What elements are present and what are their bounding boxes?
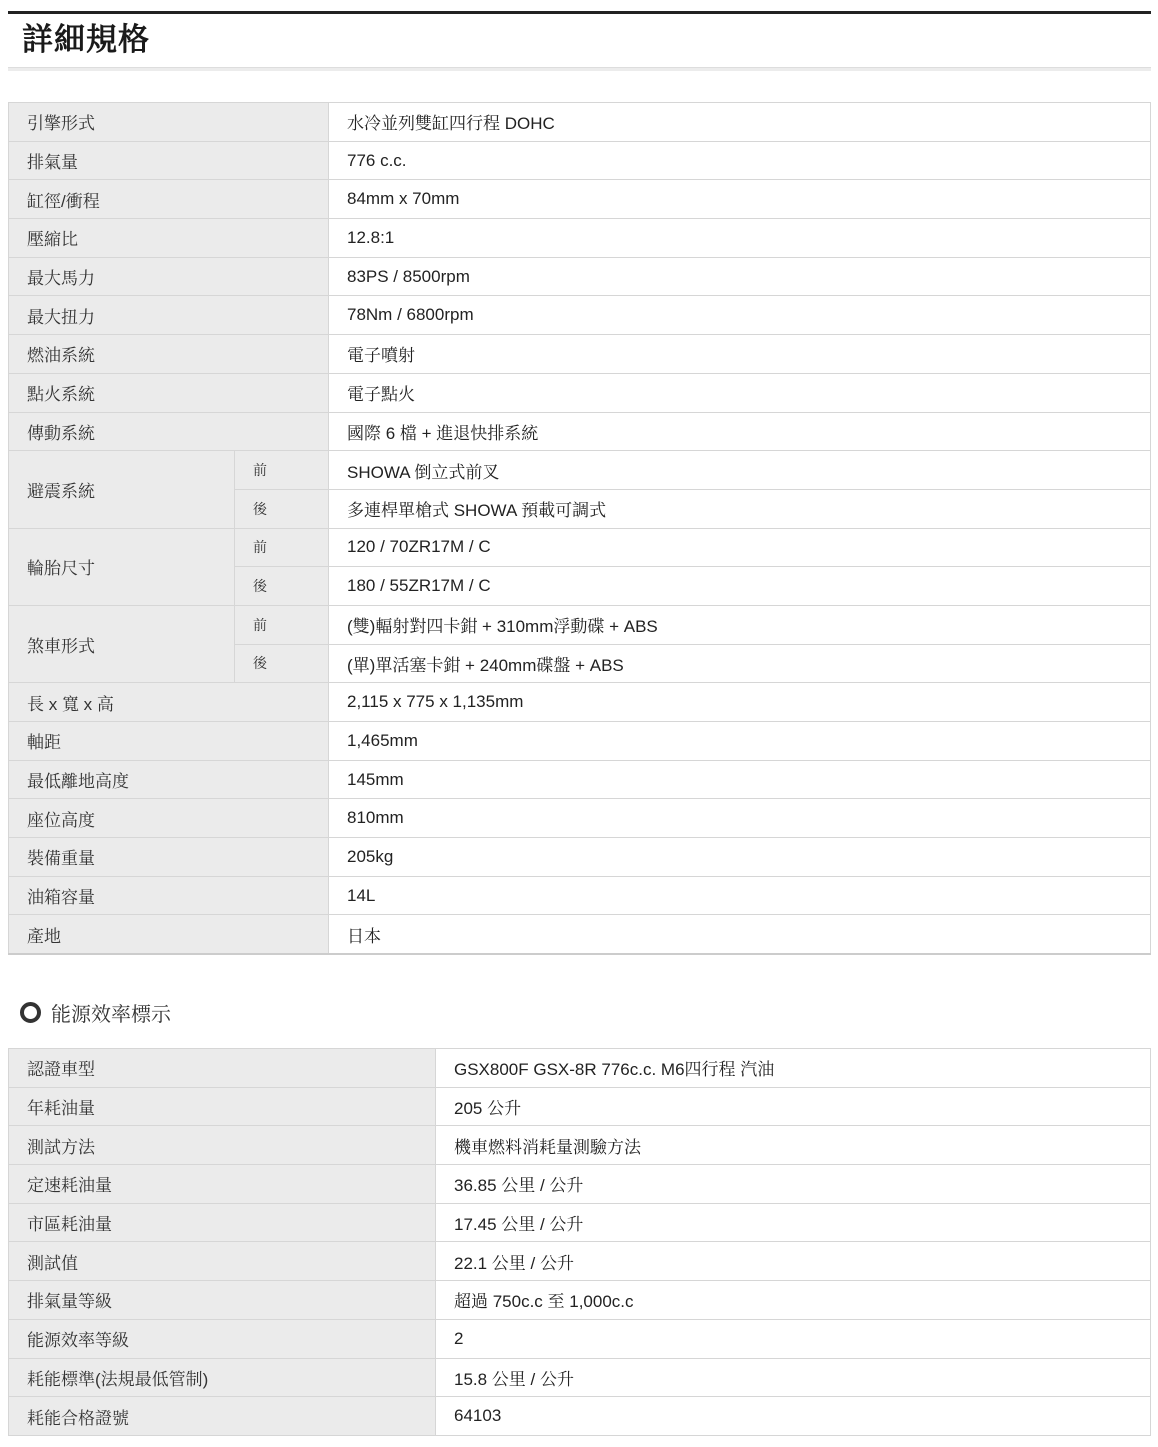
spec-label: 座位高度 <box>9 799 329 838</box>
spec-group-label: 煞車形式 <box>9 605 235 682</box>
energy-value: 36.85 公里 / 公升 <box>436 1165 1151 1204</box>
spec-label: 軸距 <box>9 722 329 761</box>
table-row: 缸徑/衝程84mm x 70mm <box>9 180 1151 219</box>
title-divider <box>8 67 1151 71</box>
energy-value: 64103 <box>436 1397 1151 1436</box>
spec-value: 84mm x 70mm <box>329 180 1151 219</box>
table-row: 點火系統電子點火 <box>9 373 1151 412</box>
spec-value: 電子點火 <box>329 373 1151 412</box>
spec-label: 最大扭力 <box>9 296 329 335</box>
table-row: 壓縮比12.8:1 <box>9 219 1151 258</box>
energy-label: 排氣量等級 <box>9 1281 436 1320</box>
spec-value: 810mm <box>329 799 1151 838</box>
energy-value: GSX800F GSX-8R 776c.c. M6四行程 汽油 <box>436 1049 1151 1088</box>
spec-label: 裝備重量 <box>9 838 329 877</box>
table-row: 最大扭力78Nm / 6800rpm <box>9 296 1151 335</box>
table-row: 軸距1,465mm <box>9 722 1151 761</box>
spec-value: 83PS / 8500rpm <box>329 257 1151 296</box>
table-row: 煞車形式前(雙)輻射對四卡鉗 + 310mm浮動碟 + ABS <box>9 605 1151 644</box>
table-row: 傳動系統國際 6 檔 + 進退快排系統 <box>9 412 1151 451</box>
spec-table: 引擎形式水冷並列雙缸四行程 DOHC 排氣量776 c.c. 缸徑/衝程84mm… <box>8 102 1151 955</box>
energy-value: 22.1 公里 / 公升 <box>436 1242 1151 1281</box>
spec-label: 最低離地高度 <box>9 760 329 799</box>
spec-value: 205kg <box>329 838 1151 877</box>
spec-value: 145mm <box>329 760 1151 799</box>
spec-value: (單)單活塞卡鉗 + 240mm碟盤 + ABS <box>329 644 1151 683</box>
spec-label: 產地 <box>9 915 329 954</box>
energy-label: 年耗油量 <box>9 1087 436 1126</box>
table-row: 裝備重量205kg <box>9 838 1151 877</box>
energy-label: 測試方法 <box>9 1126 436 1165</box>
spec-group-label: 避震系統 <box>9 451 235 528</box>
spec-value: 多連桿單槍式 SHOWA 預載可調式 <box>329 489 1151 528</box>
spec-label: 排氣量 <box>9 141 329 180</box>
table-row: 避震系統前SHOWA 倒立式前叉 <box>9 451 1151 490</box>
spec-label: 引擎形式 <box>9 103 329 142</box>
table-row: 油箱容量14L <box>9 876 1151 915</box>
spec-label: 長 x 寬 x 高 <box>9 683 329 722</box>
spec-value: 78Nm / 6800rpm <box>329 296 1151 335</box>
table-row: 輪胎尺寸前120 / 70ZR17M / C <box>9 528 1151 567</box>
table-row: 測試方法機車燃料消耗量測驗方法 <box>9 1126 1151 1165</box>
energy-value: 205 公升 <box>436 1087 1151 1126</box>
top-rule <box>8 11 1151 14</box>
front-label: 前 <box>235 605 329 644</box>
spec-value: 14L <box>329 876 1151 915</box>
spec-label: 燃油系統 <box>9 335 329 374</box>
page-title: 詳細規格 <box>22 20 150 60</box>
spec-value: 180 / 55ZR17M / C <box>329 567 1151 606</box>
spec-group-label: 輪胎尺寸 <box>9 528 235 605</box>
spec-label: 最大馬力 <box>9 257 329 296</box>
spec-value: 水冷並列雙缸四行程 DOHC <box>329 103 1151 142</box>
spec-value: (雙)輻射對四卡鉗 + 310mm浮動碟 + ABS <box>329 605 1151 644</box>
spec-label: 缸徑/衝程 <box>9 180 329 219</box>
table-row: 耗能合格證號64103 <box>9 1397 1151 1436</box>
energy-label: 耗能合格證號 <box>9 1397 436 1436</box>
spec-label: 油箱容量 <box>9 876 329 915</box>
spec-value: SHOWA 倒立式前叉 <box>329 451 1151 490</box>
energy-label: 市區耗油量 <box>9 1203 436 1242</box>
table-row: 座位高度810mm <box>9 799 1151 838</box>
energy-label: 能源效率等級 <box>9 1319 436 1358</box>
energy-label: 測試值 <box>9 1242 436 1281</box>
table-row: 最低離地高度145mm <box>9 760 1151 799</box>
spec-value: 電子噴射 <box>329 335 1151 374</box>
spec-label: 壓縮比 <box>9 219 329 258</box>
energy-value: 15.8 公里 / 公升 <box>436 1358 1151 1397</box>
rear-label: 後 <box>235 489 329 528</box>
table-row: 燃油系統電子噴射 <box>9 335 1151 374</box>
table-row: 長 x 寬 x 高2,115 x 775 x 1,135mm <box>9 683 1151 722</box>
energy-table: 認證車型GSX800F GSX-8R 776c.c. M6四行程 汽油 年耗油量… <box>8 1048 1151 1436</box>
table-row: 定速耗油量36.85 公里 / 公升 <box>9 1165 1151 1204</box>
table-row: 產地日本 <box>9 915 1151 954</box>
table-row: 排氣量776 c.c. <box>9 141 1151 180</box>
front-label: 前 <box>235 528 329 567</box>
spec-label: 點火系統 <box>9 373 329 412</box>
energy-title: 能源效率標示 <box>51 998 171 1027</box>
energy-value: 17.45 公里 / 公升 <box>436 1203 1151 1242</box>
rear-label: 後 <box>235 567 329 606</box>
energy-label: 定速耗油量 <box>9 1165 436 1204</box>
table-row: 排氣量等級超過 750c.c 至 1,000c.c <box>9 1281 1151 1320</box>
spec-label: 傳動系統 <box>9 412 329 451</box>
spec-value: 120 / 70ZR17M / C <box>329 528 1151 567</box>
energy-value: 2 <box>436 1319 1151 1358</box>
spec-value: 12.8:1 <box>329 219 1151 258</box>
energy-value: 超過 750c.c 至 1,000c.c <box>436 1281 1151 1320</box>
table-row: 能源效率等級2 <box>9 1319 1151 1358</box>
table-row: 市區耗油量17.45 公里 / 公升 <box>9 1203 1151 1242</box>
spec-value: 2,115 x 775 x 1,135mm <box>329 683 1151 722</box>
table-row: 認證車型GSX800F GSX-8R 776c.c. M6四行程 汽油 <box>9 1049 1151 1088</box>
energy-section-heading: 能源效率標示 <box>20 998 171 1027</box>
energy-label: 耗能標準(法規最低管制) <box>9 1358 436 1397</box>
table-row: 引擎形式水冷並列雙缸四行程 DOHC <box>9 103 1151 142</box>
energy-value: 機車燃料消耗量測驗方法 <box>436 1126 1151 1165</box>
ring-bullet-icon <box>20 1002 41 1023</box>
table-row: 耗能標準(法規最低管制)15.8 公里 / 公升 <box>9 1358 1151 1397</box>
spec-value: 776 c.c. <box>329 141 1151 180</box>
table-row: 最大馬力83PS / 8500rpm <box>9 257 1151 296</box>
spec-value: 1,465mm <box>329 722 1151 761</box>
table-row: 年耗油量205 公升 <box>9 1087 1151 1126</box>
table-row: 測試值22.1 公里 / 公升 <box>9 1242 1151 1281</box>
spec-value: 國際 6 檔 + 進退快排系統 <box>329 412 1151 451</box>
front-label: 前 <box>235 451 329 490</box>
spec-value: 日本 <box>329 915 1151 954</box>
rear-label: 後 <box>235 644 329 683</box>
energy-label: 認證車型 <box>9 1049 436 1088</box>
